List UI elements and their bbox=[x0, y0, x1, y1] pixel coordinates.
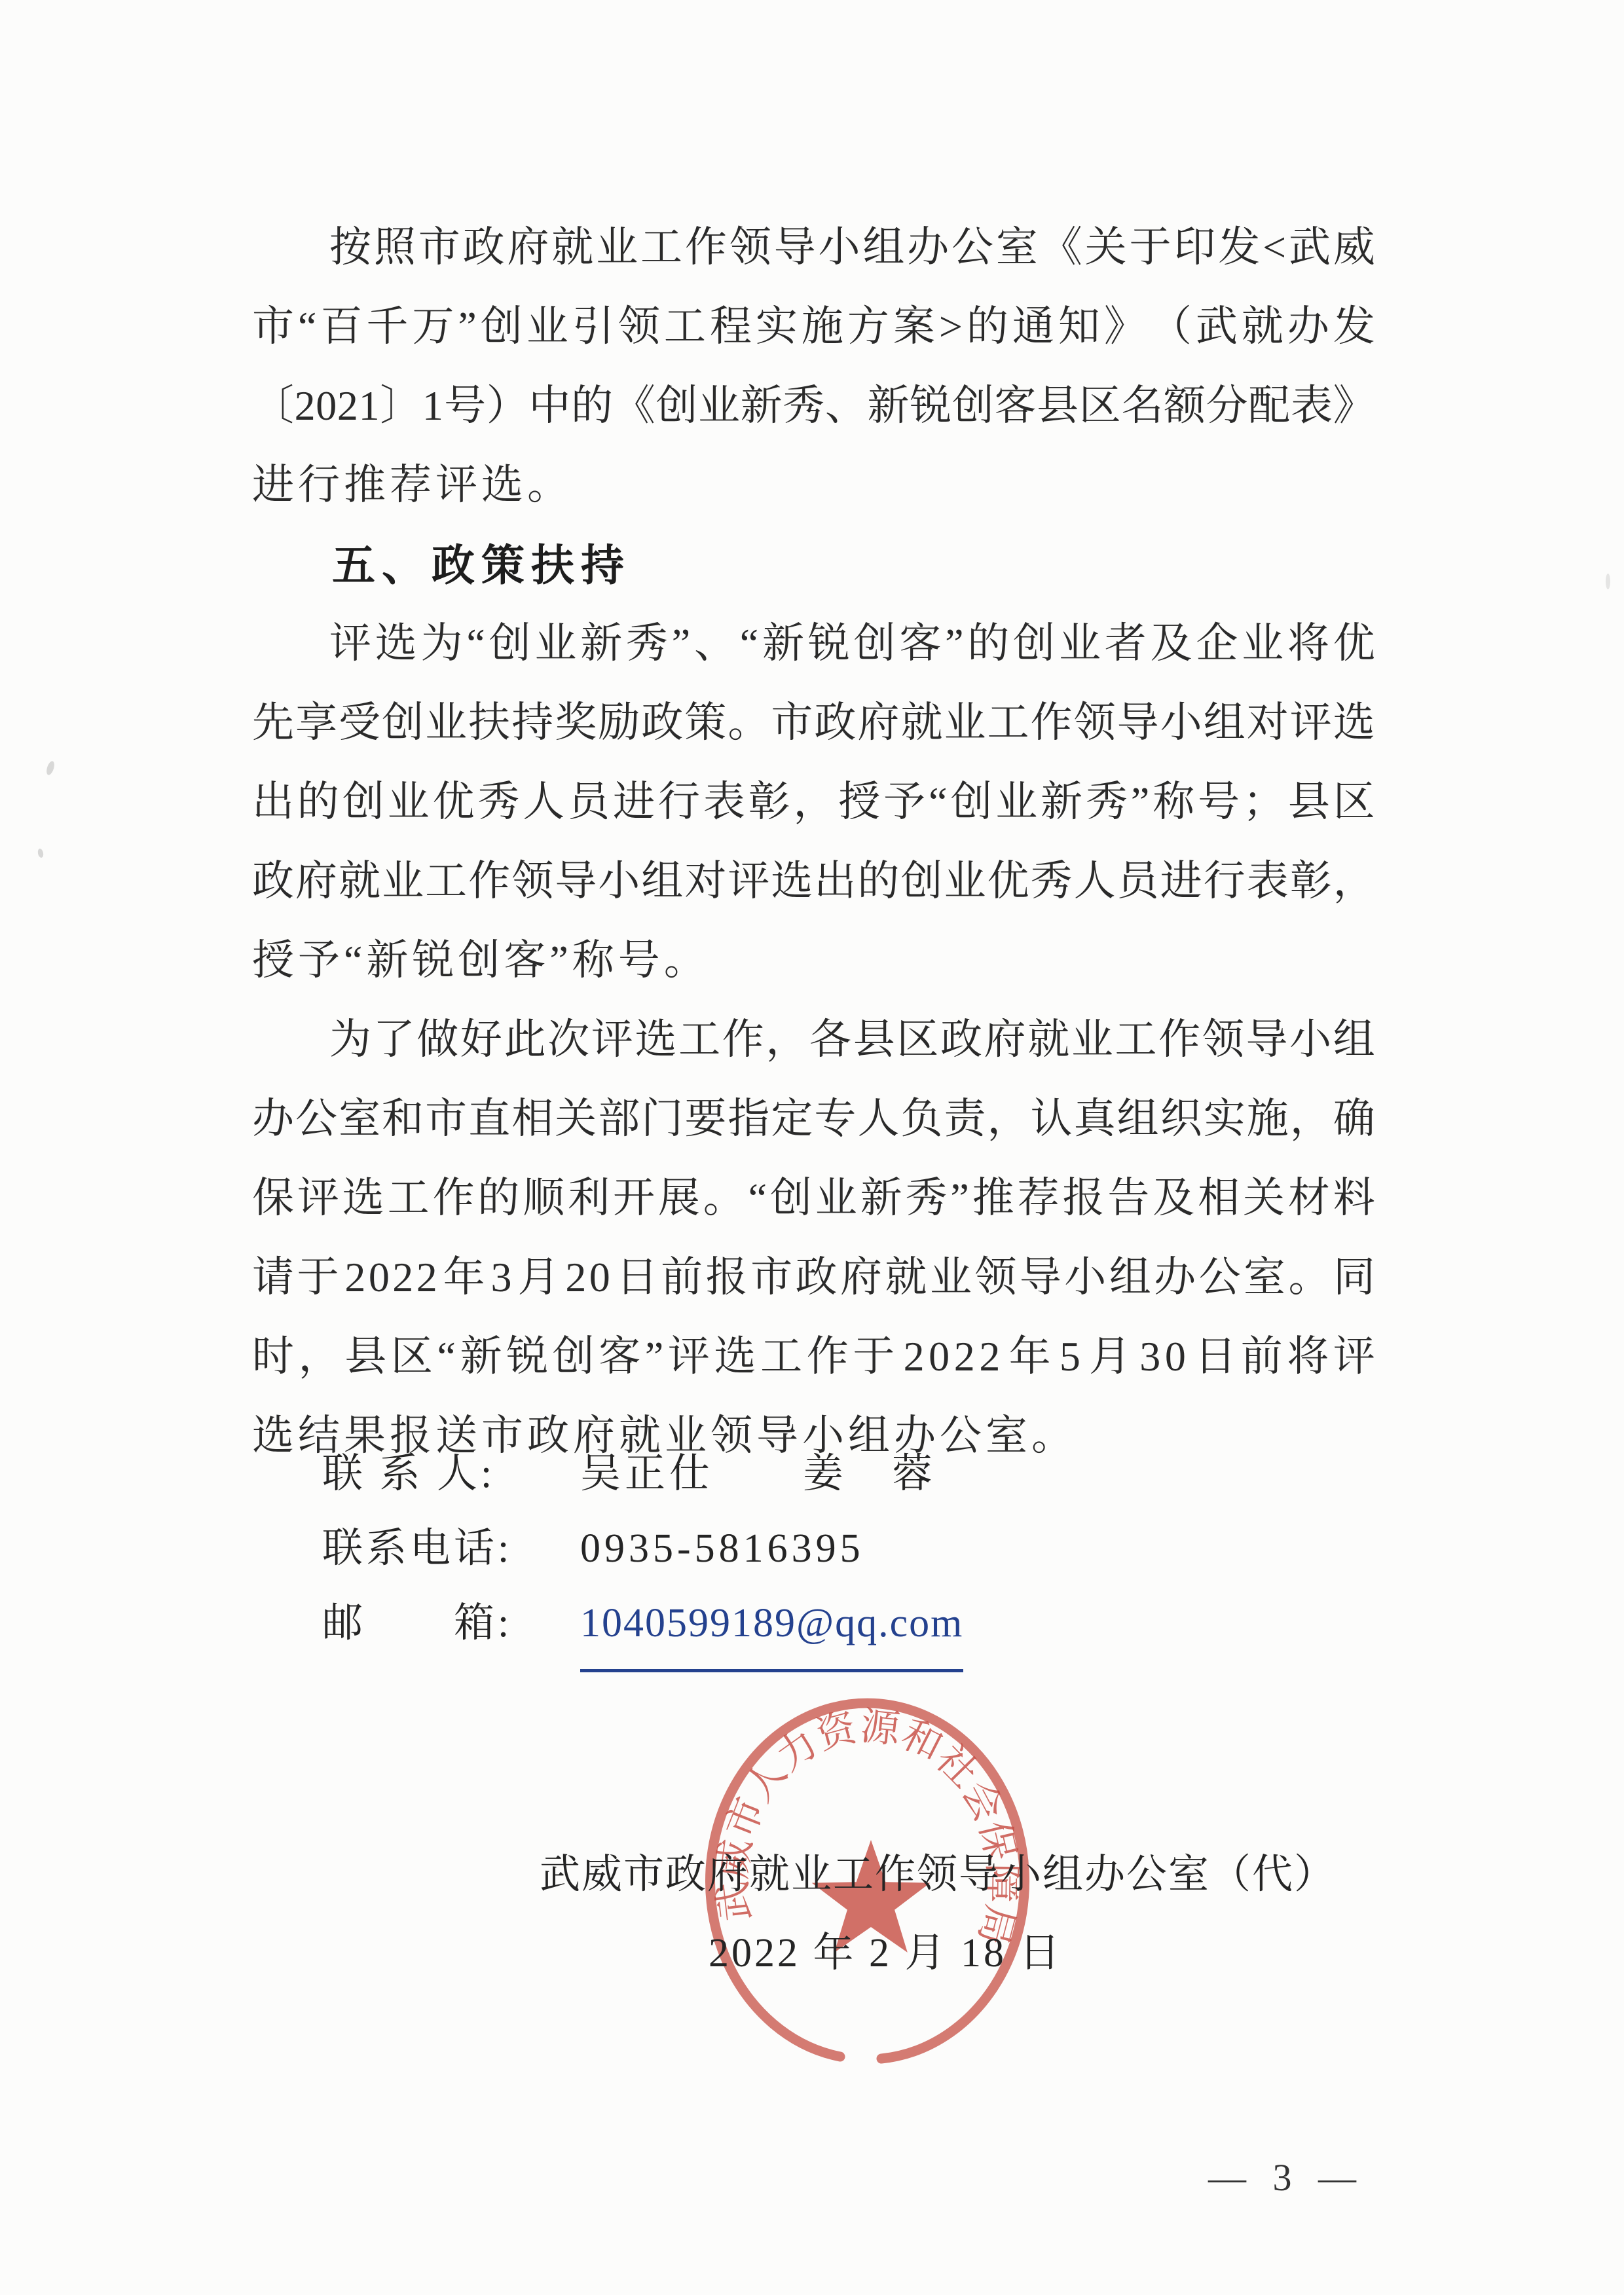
body-line: 请于 2022 年 3 月 20 日前报市政府就业领导小组办公室。同 bbox=[252, 1251, 1375, 1331]
scan-artifact bbox=[1606, 574, 1610, 589]
contact-person-row: 联 系 人: 吴正仕 姜 蓉 bbox=[322, 1448, 963, 1523]
contact-block: 联 系 人: 吴正仕 姜 蓉 联系电话: 0935-5816395 邮 箱: 1… bbox=[322, 1448, 963, 1672]
signature-date: 2022 年 2 月 18 日 bbox=[709, 1920, 1063, 1978]
scan-artifact bbox=[37, 848, 45, 858]
body-line: 保评选工作的顺利开展。“创业新秀”推荐报告及相关材料 bbox=[252, 1172, 1375, 1251]
document-page: 按照市政府就业工作领导小组办公室《关于印发<武威 市“百千万”创业引领工程实施方… bbox=[0, 0, 1624, 2295]
body-line: 进行推荐评选。 bbox=[252, 459, 1375, 538]
body-line: 先享受创业扶持奖励政策。市政府就业工作领导小组对评选 bbox=[252, 697, 1375, 776]
body-line: 出的创业优秀人员进行表彰，授予“创业新秀”称号；县区 bbox=[252, 776, 1375, 855]
contact-person-label: 联 系 人: bbox=[322, 1448, 580, 1523]
body-line: 评选为“创业新秀”、“新锐创客”的创业者及企业将优 bbox=[252, 617, 1375, 697]
signature-office: 武威市政府就业工作领导小组办公室（代） bbox=[540, 1841, 1336, 1900]
body-line: 市“百千万”创业引领工程实施方案>的通知》（武就办发 bbox=[252, 301, 1375, 380]
contact-phone-row: 联系电话: 0935-5816395 bbox=[322, 1523, 963, 1598]
body-line: 办公室和市直相关部门要指定专人负责，认真组织实施，确 bbox=[252, 1093, 1375, 1172]
seal-name-text: 武威市人力资源和社会保障局 bbox=[711, 1704, 1024, 1949]
contact-email-link[interactable]: 1040599189@qq.com bbox=[580, 1598, 963, 1672]
body-line: 为了做好此次评选工作，各县区政府就业工作领导小组 bbox=[252, 1014, 1375, 1093]
page-number: — 3 — bbox=[1208, 2156, 1356, 2199]
document-body: 按照市政府就业工作领导小组办公室《关于印发<武威 市“百千万”创业引领工程实施方… bbox=[252, 221, 1375, 1489]
contact-phone-label: 联系电话: bbox=[322, 1523, 580, 1598]
body-line: 授予“新锐创客”称号。 bbox=[252, 934, 1375, 1014]
contact-email-row: 邮 箱: 1040599189@qq.com bbox=[322, 1598, 963, 1672]
contact-person-value: 吴正仕 姜 蓉 bbox=[580, 1448, 936, 1523]
section-heading: 五、政策扶持 bbox=[252, 538, 1375, 617]
body-line: 按照市政府就业工作领导小组办公室《关于印发<武威 bbox=[252, 221, 1375, 301]
contact-phone-value: 0935-5816395 bbox=[580, 1523, 864, 1598]
contact-email-label: 邮 箱: bbox=[322, 1598, 580, 1672]
body-line: 政府就业工作领导小组对评选出的创业优秀人员进行表彰， bbox=[252, 855, 1375, 934]
body-line: 时，县区“新锐创客”评选工作于 2022 年 5 月 30 日前将评 bbox=[252, 1331, 1375, 1410]
body-line: 〔2021〕1 号）中的《创业新秀、新锐创客县区名额分配表》 bbox=[252, 380, 1375, 459]
scan-artifact bbox=[45, 760, 56, 776]
